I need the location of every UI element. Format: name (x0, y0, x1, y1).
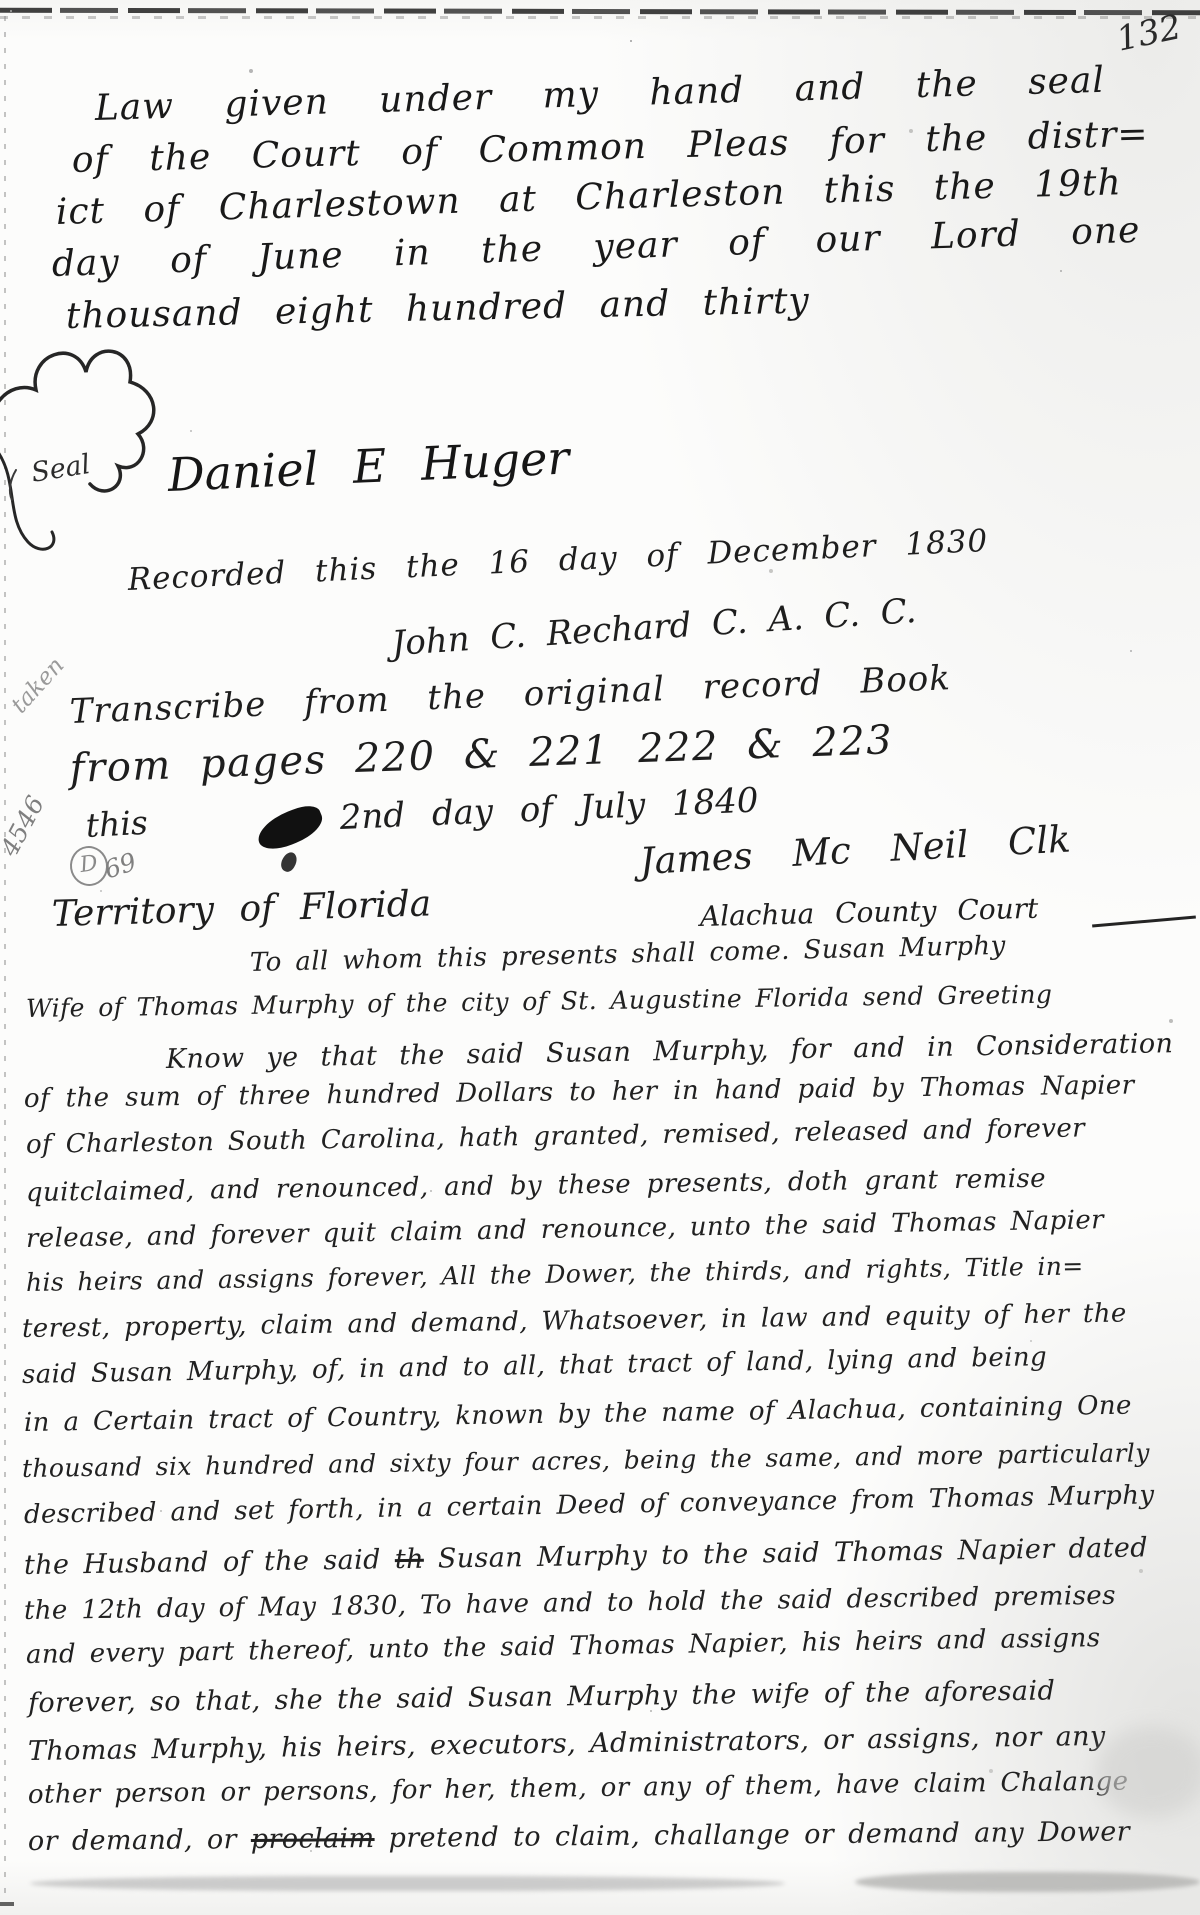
deed-line-07: release, and forever quit claim and reno… (26, 1205, 1105, 1254)
deed-line-17: forever, so that, she the said Susan Mur… (28, 1675, 1056, 1719)
deed-line-01: To all whom this presents shall come. Su… (250, 931, 1006, 978)
deed-line-14-pre: the Husband of the said (24, 1544, 395, 1581)
clerk-attest-signature: John C. Rechard C. A. C. C. (390, 591, 917, 664)
deed-line-20-struck: proclaim (251, 1823, 375, 1855)
clerk-signature: James Mc Neil Clk (639, 817, 1072, 883)
deed-line-14-post: Susan Murphy to the said Thomas Napier d… (424, 1532, 1149, 1574)
scanned-document-page: 132 Law given under my hand and the seal… (0, 0, 1200, 1915)
transcript-line-2: from pages 220 & 221 222 & 223 (69, 717, 894, 792)
deed-line-08: his heirs and assigns forever, All the D… (26, 1251, 1084, 1297)
margin-circled-letter-text: D (78, 851, 99, 878)
top-edge-artifact (0, 8, 1200, 16)
deed-line-18: Thomas Murphy, his heirs, executors, Adm… (28, 1721, 1106, 1767)
deed-line-10: said Susan Murphy, of, in and to all, th… (22, 1342, 1048, 1390)
deed-line-16: and every part thereof, unto the said Th… (26, 1623, 1101, 1670)
deed-line-20: or demand, or proclaim pretend to claim,… (28, 1816, 1130, 1857)
territory-heading: Territory of Florida (51, 883, 431, 935)
transcript-line-3-pre: this (85, 803, 149, 845)
deed-line-13: described and set forth, in a certain De… (24, 1480, 1155, 1530)
left-edge-artifact (4, 16, 6, 1896)
paper-speckles (10, 10, 12, 12)
deed-line-20-pre: or demand, or (28, 1824, 251, 1857)
deed-line-20-post: pretend to claim, challange or demand an… (374, 1816, 1130, 1854)
deed-line-11: in a Certain tract of Country, known by … (24, 1391, 1132, 1438)
bottom-edge-tick (0, 1902, 14, 1906)
margin-note-taken: taken (6, 653, 69, 719)
deed-line-04: of the sum of three hundred Dollars to h… (24, 1070, 1135, 1114)
deed-line-06: quitclaimed, and renounced, and by these… (26, 1164, 1046, 1208)
deed-line-03: Know ye that the said Susan Murphy, for … (166, 1028, 1174, 1075)
bottom-smudge-right (855, 1872, 1200, 1892)
seal-doodle-icon (0, 320, 186, 585)
ink-blot-drip (278, 850, 300, 874)
margin-note-number: 4546 (0, 791, 50, 861)
judge-signature: Daniel E Huger (167, 431, 571, 502)
deed-line-12: thousand six hundred and sixty four acre… (22, 1438, 1150, 1483)
bottom-smudge-left (30, 1876, 785, 1891)
deed-line-02: Wife of Thomas Murphy of the city of St.… (26, 980, 1053, 1023)
clerk-court-line: Alachua County Court (700, 892, 1039, 933)
deed-line-19: other person or persons, for her, them, … (28, 1767, 1129, 1810)
deed-line-14-struck: th (395, 1544, 425, 1575)
ink-blot (252, 800, 327, 855)
deed-line-14: the Husband of the said th Susan Murphy … (24, 1532, 1149, 1581)
recorded-line: Recorded this the 16 day of December 183… (127, 523, 989, 598)
deed-line-05: of Charleston South Carolina, hath grant… (26, 1113, 1085, 1160)
gray-blotch (1096, 1726, 1200, 1818)
transcript-line-3-post: 2nd day of July 1840 (339, 780, 759, 838)
deed-line-15: the 12th day of May 1830, To have and to… (24, 1581, 1116, 1626)
deed-line-09: terest, property, claim and demand, What… (22, 1299, 1127, 1344)
top-edge-speckle (0, 16, 1200, 19)
margin-note-figure: 69 (101, 847, 140, 884)
pen-stroke (1092, 915, 1196, 927)
